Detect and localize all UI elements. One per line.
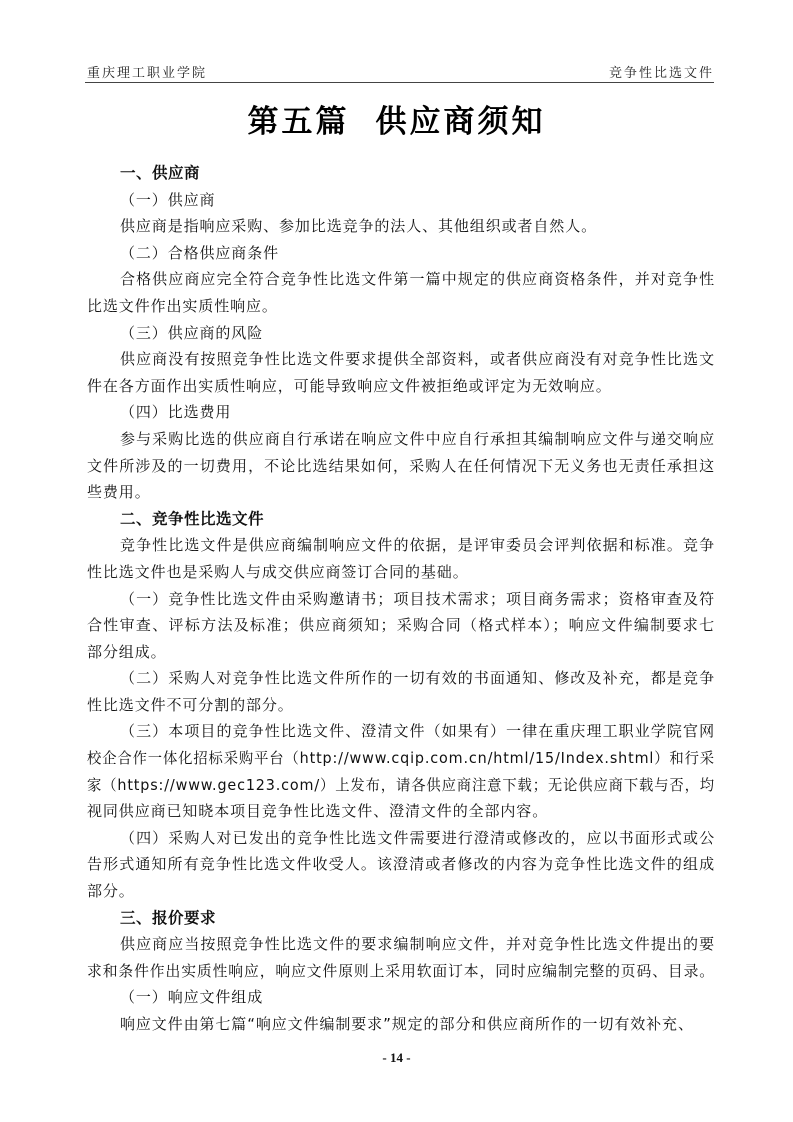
- page-header: 重庆理工职业学院 竞争性比选文件: [85, 60, 714, 83]
- paragraph-first-line: 合格供应商应完全符合竞争性比选文件第一篇中规定的供应商资格条件，并对竞争性: [87, 266, 715, 293]
- paragraph-first-line: 供应商是指响应采购、参加比选竞争的法人、其他组织或者自然人。: [87, 213, 715, 240]
- section-heading: 二、竞争性比选文件: [87, 506, 715, 533]
- subsection-heading: （一）供应商: [87, 187, 715, 214]
- paragraph-first-line: 竞争性比选文件是供应商编制响应文件的依据，是评审委员会评判依据和标准。竞争: [87, 532, 715, 559]
- document-body: 一、供应商（一）供应商供应商是指响应采购、参加比选竞争的法人、其他组织或者自然人…: [87, 160, 715, 1038]
- paragraph-line: 家（https://www.gec123.com/）上发布，请各供应商注意下载；…: [87, 772, 715, 799]
- paragraph-line: 校企合作一体化招标采购平台（http://www.cqip.com.cn/htm…: [87, 745, 715, 772]
- paragraph-line: 告形式通知所有竞争性比选文件收受人。该澄清或者修改的内容为竞争性比选文件的组成: [87, 851, 715, 878]
- paragraph-line: 性比选文件不可分割的部分。: [87, 692, 715, 719]
- paragraph-line: 视同供应商已知晓本项目竞争性比选文件、澄清文件的全部内容。: [87, 798, 715, 825]
- paragraph-first-line: 参与采购比选的供应商自行承诺在响应文件中应自行承担其编制响应文件与递交响应: [87, 426, 715, 453]
- subsection-heading: （二）合格供应商条件: [87, 240, 715, 267]
- paragraph-line: 求和条件作出实质性响应，响应文件原则上采用软面订本，同时应编制完整的页码、目录。: [87, 958, 715, 985]
- header-institution: 重庆理工职业学院: [87, 62, 207, 81]
- paragraph-line: 些费用。: [87, 479, 715, 506]
- subsection-heading: （三）供应商的风险: [87, 320, 715, 347]
- paragraph-first-line: 供应商没有按照竞争性比选文件要求提供全部资料，或者供应商没有对竞争性比选文: [87, 346, 715, 373]
- paragraph-first-line: 供应商应当按照竞争性比选文件的要求编制响应文件，并对竞争性比选文件提出的要: [87, 931, 715, 958]
- subsection-heading: （四）比选费用: [87, 399, 715, 426]
- paragraph-first-line: （二）采购人对竞争性比选文件所作的一切有效的书面通知、修改及补充，都是竞争: [87, 665, 715, 692]
- title-name: 供应商须知: [376, 104, 546, 140]
- subsection-heading: （一）响应文件组成: [87, 984, 715, 1011]
- paragraph-line: 文件所涉及的一切费用，不论比选结果如何，采购人在任何情况下无义务也无责任承担这: [87, 453, 715, 480]
- paragraph-first-line: （三）本项目的竞争性比选文件、澄清文件（如果有）一律在重庆理工职业学院官网: [87, 718, 715, 745]
- paragraph-first-line: 响应文件由第七篇“响应文件编制要求”规定的部分和供应商所作的一切有效补充、: [87, 1011, 715, 1038]
- paragraph-line: 部分。: [87, 878, 715, 905]
- page-number: - 14 -: [0, 1050, 793, 1066]
- paragraph-line: 比选文件作出实质性响应。: [87, 293, 715, 320]
- section-heading: 一、供应商: [87, 160, 715, 187]
- page-title: 第五篇供应商须知: [0, 96, 793, 141]
- paragraph-line: 性比选文件也是采购人与成交供应商签订合同的基础。: [87, 559, 715, 586]
- section-heading: 三、报价要求: [87, 905, 715, 932]
- paragraph-first-line: （一）竞争性比选文件由采购邀请书；项目技术需求；项目商务需求；资格审查及符: [87, 586, 715, 613]
- title-part: 第五篇: [248, 104, 350, 140]
- header-document-type: 竞争性比选文件: [609, 62, 714, 81]
- paragraph-first-line: （四）采购人对已发出的竞争性比选文件需要进行澄清或修改的，应以书面形式或公: [87, 825, 715, 852]
- paragraph-line: 部分组成。: [87, 639, 715, 666]
- paragraph-line: 合性审查、评标方法及标准；供应商须知；采购合同（格式样本）；响应文件编制要求七: [87, 612, 715, 639]
- paragraph-line: 件在各方面作出实质性响应，可能导致响应文件被拒绝或评定为无效响应。: [87, 373, 715, 400]
